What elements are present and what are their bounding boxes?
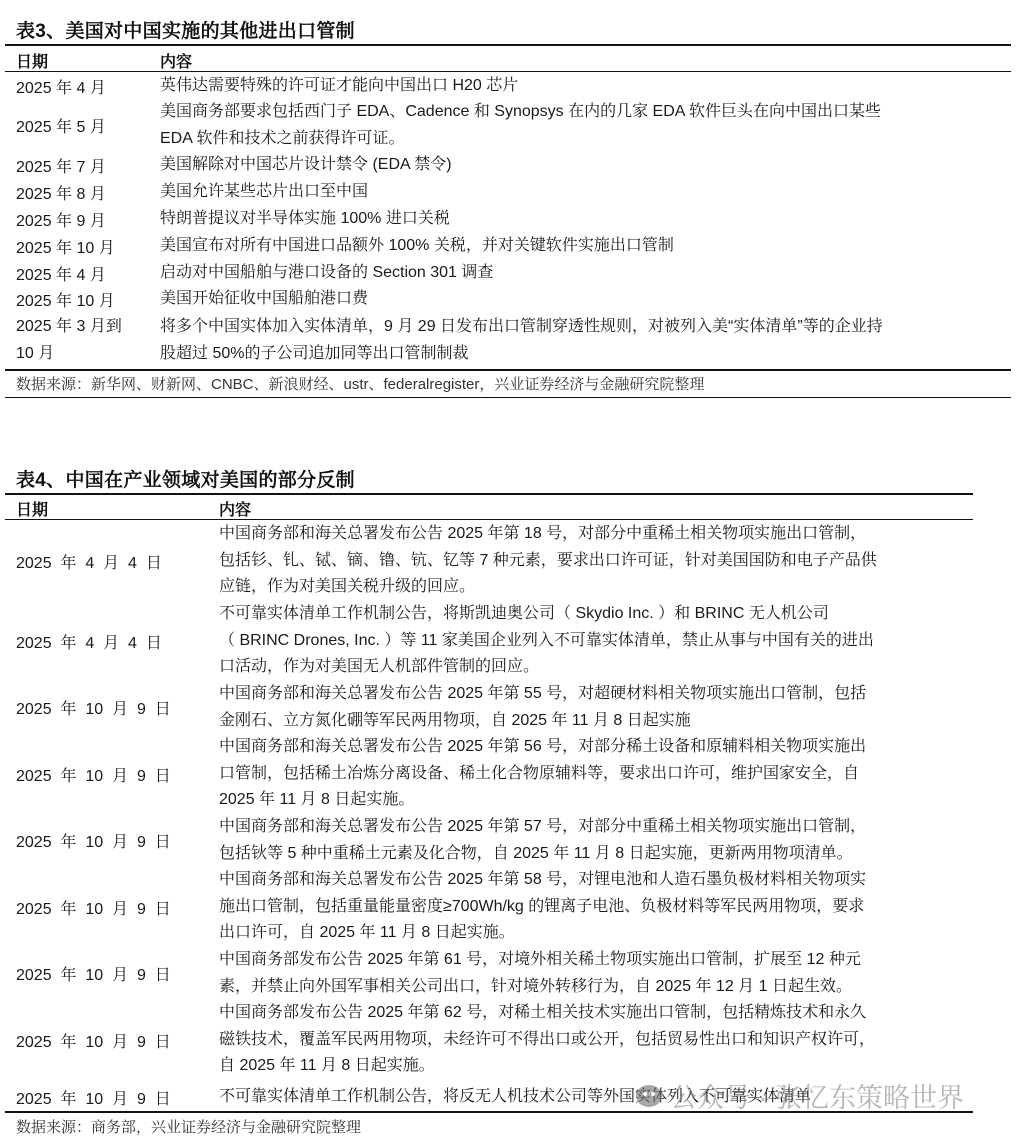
table4-header-date: 日期 (16, 497, 48, 520)
row-date: 2025 年 4 月 4 日 (16, 601, 162, 681)
row-content: 中国商务部和海关总署发布公告 2025 年第 58 号，对锂电池和人造石墨负极材… (219, 867, 866, 947)
row-content: 中国商务部和海关总署发布公告 2025 年第 57 号，对部分中重稀土相关物项实… (219, 814, 866, 867)
row-date: 2025 年 10 月 9 日 (16, 734, 171, 814)
row-date: 2025 年 4 月 4 日 (16, 521, 162, 601)
row-date: 2025 年 10 月 9 日 (16, 681, 171, 734)
row-content: 中国商务部和海关总署发布公告 2025 年第 56 号，对部分稀土设备和原辅料相… (219, 734, 866, 814)
table4-header-content: 内容 (219, 497, 251, 520)
row-date: 2025 年 10 月 9 日 (16, 947, 171, 1000)
table4-top-rule (5, 493, 973, 495)
table4-section: 表4、中国在产业领域对美国的部分反制 日期 内容 2025 年 4 月 4 日 … (0, 0, 1030, 1138)
table4-source-note: 数据来源：商务部，兴业证券经济与金融研究院整理 (16, 1116, 361, 1137)
table4-title: 表4、中国在产业领域对美国的部分反制 (16, 465, 355, 492)
table4-header-rule (5, 519, 973, 520)
row-content: 中国商务部发布公告 2025 年第 62 号，对稀土相关技术实施出口管制，包括精… (219, 1000, 875, 1080)
row-date: 2025 年 10 月 9 日 (16, 867, 171, 947)
row-content: 不可靠实体清单工作机制公告，将反无人机技术公司等外国实体列入不可靠实体清单 (219, 1084, 811, 1111)
row-date: 2025 年 10 月 9 日 (16, 1000, 171, 1080)
table4-bottom-rule (5, 1111, 973, 1113)
row-date: 2025 年 10 月 9 日 (16, 814, 171, 867)
row-content: 中国商务部和海关总署发布公告 2025 年第 18 号，对部分中重稀土相关物项实… (219, 521, 877, 601)
row-date: 2025 年 10 月 9 日 (16, 1084, 171, 1110)
row-content: 中国商务部发布公告 2025 年第 61 号，对境外相关稀土物项实施出口管制，扩… (219, 947, 861, 1000)
row-content: 中国商务部和海关总署发布公告 2025 年第 55 号，对超硬材料相关物项实施出… (219, 681, 866, 734)
row-content: 不可靠实体清单工作机制公告，将斯凯迪奥公司（ Skydio Inc. ）和 BR… (219, 601, 874, 681)
